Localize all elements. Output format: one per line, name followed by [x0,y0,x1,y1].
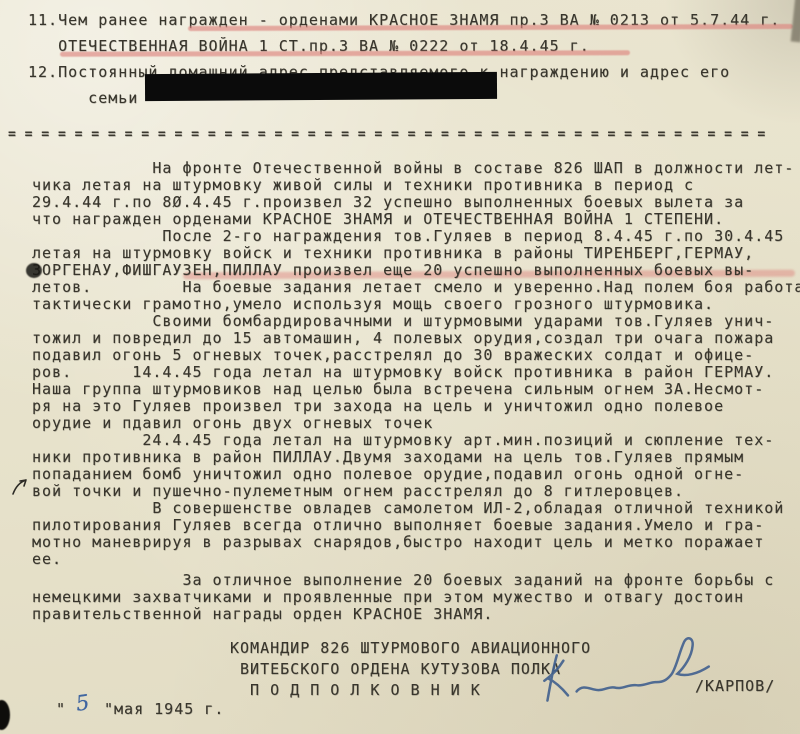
redaction-box [145,72,497,101]
signed-name: /КАРПОВ/ [695,677,775,695]
ink-blot [26,263,42,278]
divider-line: = = = = = = = = = = = = = = = = = = = = … [8,127,766,142]
citation-conclusion: За отличное выполнение 20 боевых заданий… [32,572,774,623]
scan-artifact-blob [0,700,10,730]
pencil-arrow-mark [10,477,30,497]
document-page: 11.Чем ранее награжден - орденами КРАСНО… [0,0,800,734]
handwritten-day: 5 [74,690,91,716]
date-month-year: "мая 1945 г. [104,700,224,718]
scan-edge-shadow [791,0,800,42]
citation-paragraphs: На фронте Отечественной войны в составе … [32,160,800,568]
date-open-quote: " [56,700,66,718]
